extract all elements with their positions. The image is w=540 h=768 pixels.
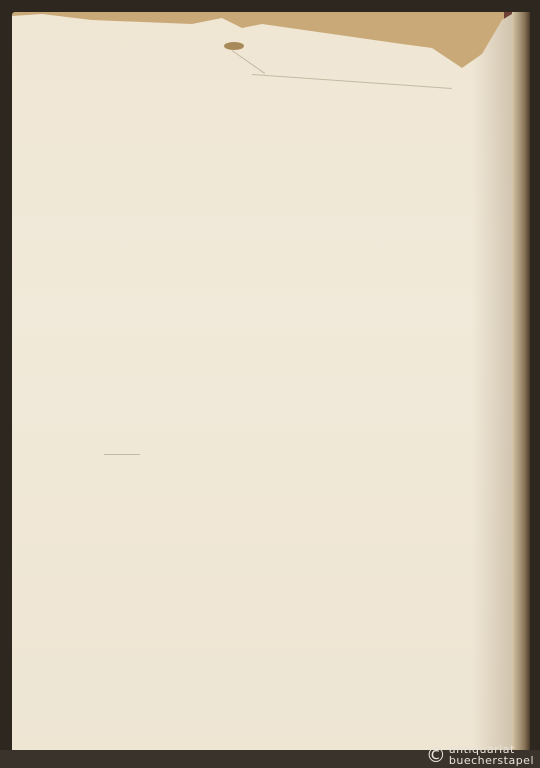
copyright-icon: ©	[426, 745, 446, 765]
jacket-shadow	[472, 14, 512, 754]
watermark: © antiquariat buecherstapel	[426, 744, 534, 766]
spine-edge	[512, 12, 530, 756]
jacket-crease	[232, 50, 265, 74]
jacket-crease	[252, 74, 452, 89]
dust-jacket	[12, 14, 512, 754]
watermark-line2: buecherstapel	[449, 755, 534, 766]
jacket-mark	[104, 454, 140, 455]
jacket-tear	[224, 42, 244, 50]
